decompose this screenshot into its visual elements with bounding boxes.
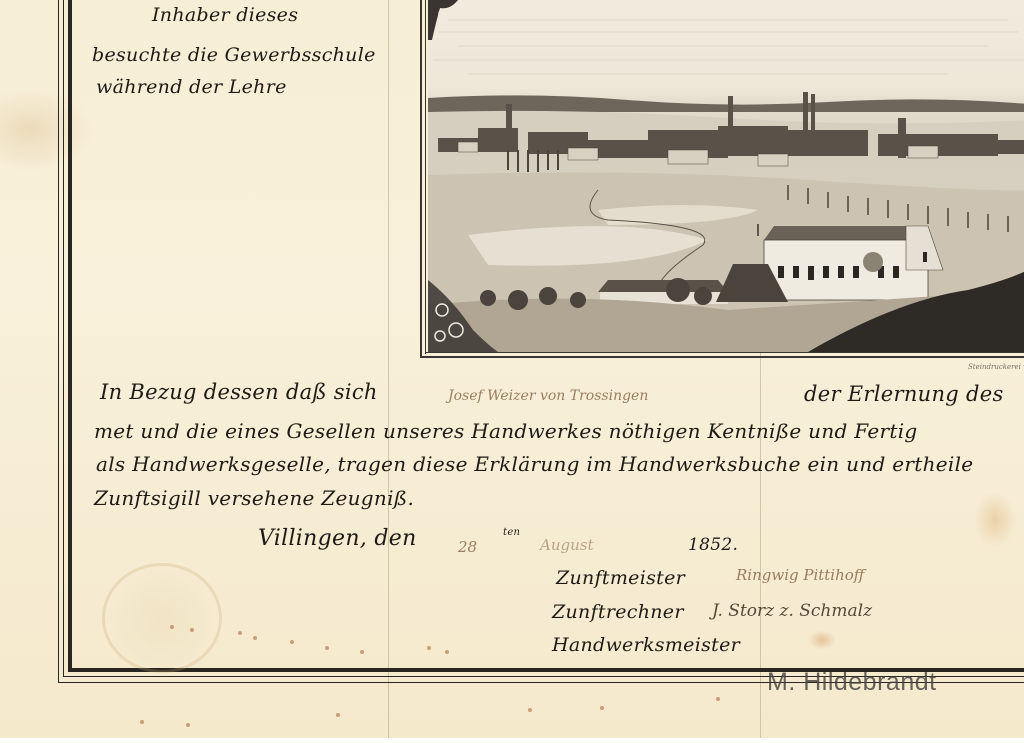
engraving-frame <box>420 0 422 358</box>
border-line-inner-thick <box>68 0 72 672</box>
body-line-printed: Zunftsigill versehene Zeugniß. <box>94 486 414 510</box>
engraving-frame <box>425 352 1024 353</box>
border-line-outer <box>58 0 59 683</box>
body-line-printed: als Handwerksgeselle, tragen diese Erklä… <box>96 452 973 476</box>
apprentice-name-handwritten: Josef Weizer von Trossingen <box>448 388 648 404</box>
border-line-middle <box>63 0 64 677</box>
engraving-frame <box>425 0 426 354</box>
fold-crease <box>388 0 389 738</box>
signature-handwritten: Ringwig Pittihoff <box>736 566 864 584</box>
printer-credit: Steindruckerei v. <box>968 363 1024 371</box>
place-label: Villingen, den <box>258 526 417 551</box>
signature-handwritten: J. Storz z. Schmalz <box>712 601 872 621</box>
watermark-credit: M. Hildebrandt <box>767 668 937 697</box>
engraving-frame <box>420 356 1024 358</box>
date-day: 28 <box>458 538 477 556</box>
body-line-printed: In Bezug dessen daß sich <box>100 380 378 404</box>
date-month: August <box>540 536 593 554</box>
signature-title: Zunftrechner <box>552 601 684 623</box>
header-line: Inhaber dieses <box>152 4 298 26</box>
town-view-engraving <box>428 0 1024 352</box>
signature-title: Handwerksmeister <box>552 634 740 656</box>
signature-title: Zunftmeister <box>556 567 685 589</box>
body-line-printed: der Erlernung des <box>804 382 1004 406</box>
header-line: während der Lehre <box>96 76 287 98</box>
body-line-printed: met und die eines Gesellen unseres Handw… <box>94 419 918 443</box>
date-year: 1852. <box>688 535 738 555</box>
seal-imprint <box>102 563 222 673</box>
date-day-suffix: ten <box>503 527 520 538</box>
header-line: besuchte die Gewerbsschule <box>92 44 376 66</box>
